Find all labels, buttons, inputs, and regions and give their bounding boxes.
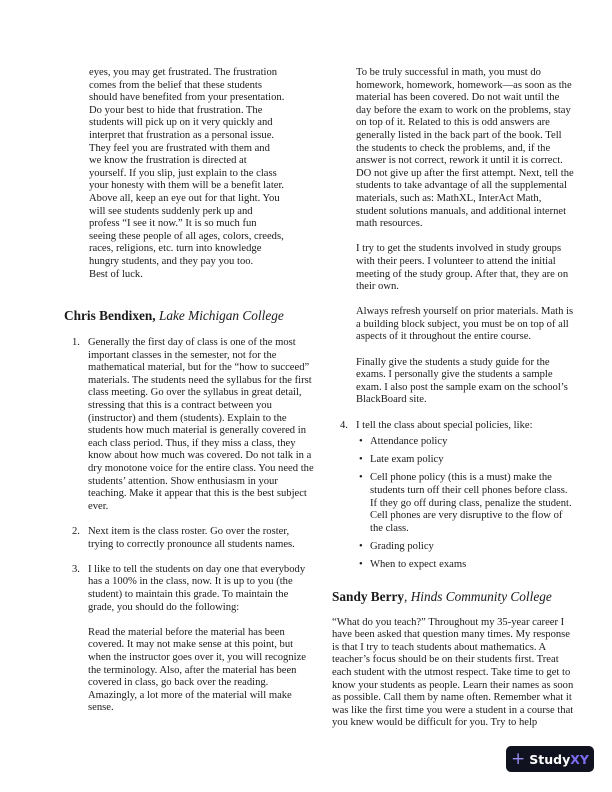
author-affiliation: Hinds Community College [411,589,552,604]
list-item-2: 2. Next item is the class roster. Go ove… [64,526,315,551]
list-item-3: 3. I like to tell the students on day on… [64,564,315,715]
right-column: To be truly successful in math, you must… [356,67,574,730]
item3-paragraph-study-groups: I try to get the students involved in st… [356,243,574,293]
section-heading-bendixen: Chris Bendixen, Lake Michigan College [64,308,315,324]
author-name: Sandy Berry [332,589,404,604]
bullet-item: •Cell phone policy (this is a must) make… [332,472,574,535]
list-item-text: Generally the first day of class is one … [88,337,315,513]
intro-paragraph: eyes, you may get frustrated. The frustr… [89,67,315,281]
item3-paragraph-study-guide: Finally give the students a study guide … [356,357,574,407]
list-number: 3. [72,564,80,577]
studyxy-badge[interactable]: + StudyXY [506,746,594,772]
bullet-icon: • [359,559,363,572]
bullet-item: •When to expect exams [332,559,574,572]
policy-bullet-list: •Attendance policy •Late exam policy •Ce… [332,436,574,571]
list-item-followup: Read the material before the material ha… [88,627,315,715]
list-item-text: Next item is the class roster. Go over t… [88,526,315,551]
bullet-icon: • [359,472,363,485]
badge-text: StudyXY [529,752,589,767]
bullet-item: •Grading policy [332,541,574,554]
section-heading-berry: Sandy Berry, Hinds Community College [332,589,574,605]
item3-paragraph-homework: To be truly successful in math, you must… [356,67,574,231]
list-item-text: I tell the class about special policies,… [356,420,574,433]
left-column: eyes, you may get frustrated. The frustr… [89,67,315,715]
bullet-icon: • [359,436,363,449]
bullet-item: •Late exam policy [332,454,574,467]
bullet-icon: • [359,541,363,554]
item3-paragraph-refresh: Always refresh yourself on prior materia… [356,306,574,344]
berry-paragraph: “What do you teach?” Throughout my 35-ye… [332,617,574,730]
list-item-1: 1. Generally the first day of class is o… [64,337,315,513]
bullet-item: •Attendance policy [332,436,574,449]
author-affiliation: Lake Michigan College [159,308,284,323]
list-number: 4. [340,420,348,433]
list-item-4: 4. I tell the class about special polici… [332,420,574,572]
bullet-icon: • [359,454,363,467]
list-number: 1. [72,337,80,350]
author-name: Chris Bendixen, [64,308,156,323]
list-number: 2. [72,526,80,539]
plus-icon: + [511,751,525,768]
list-item-text: I like to tell the students on day one t… [88,564,315,614]
